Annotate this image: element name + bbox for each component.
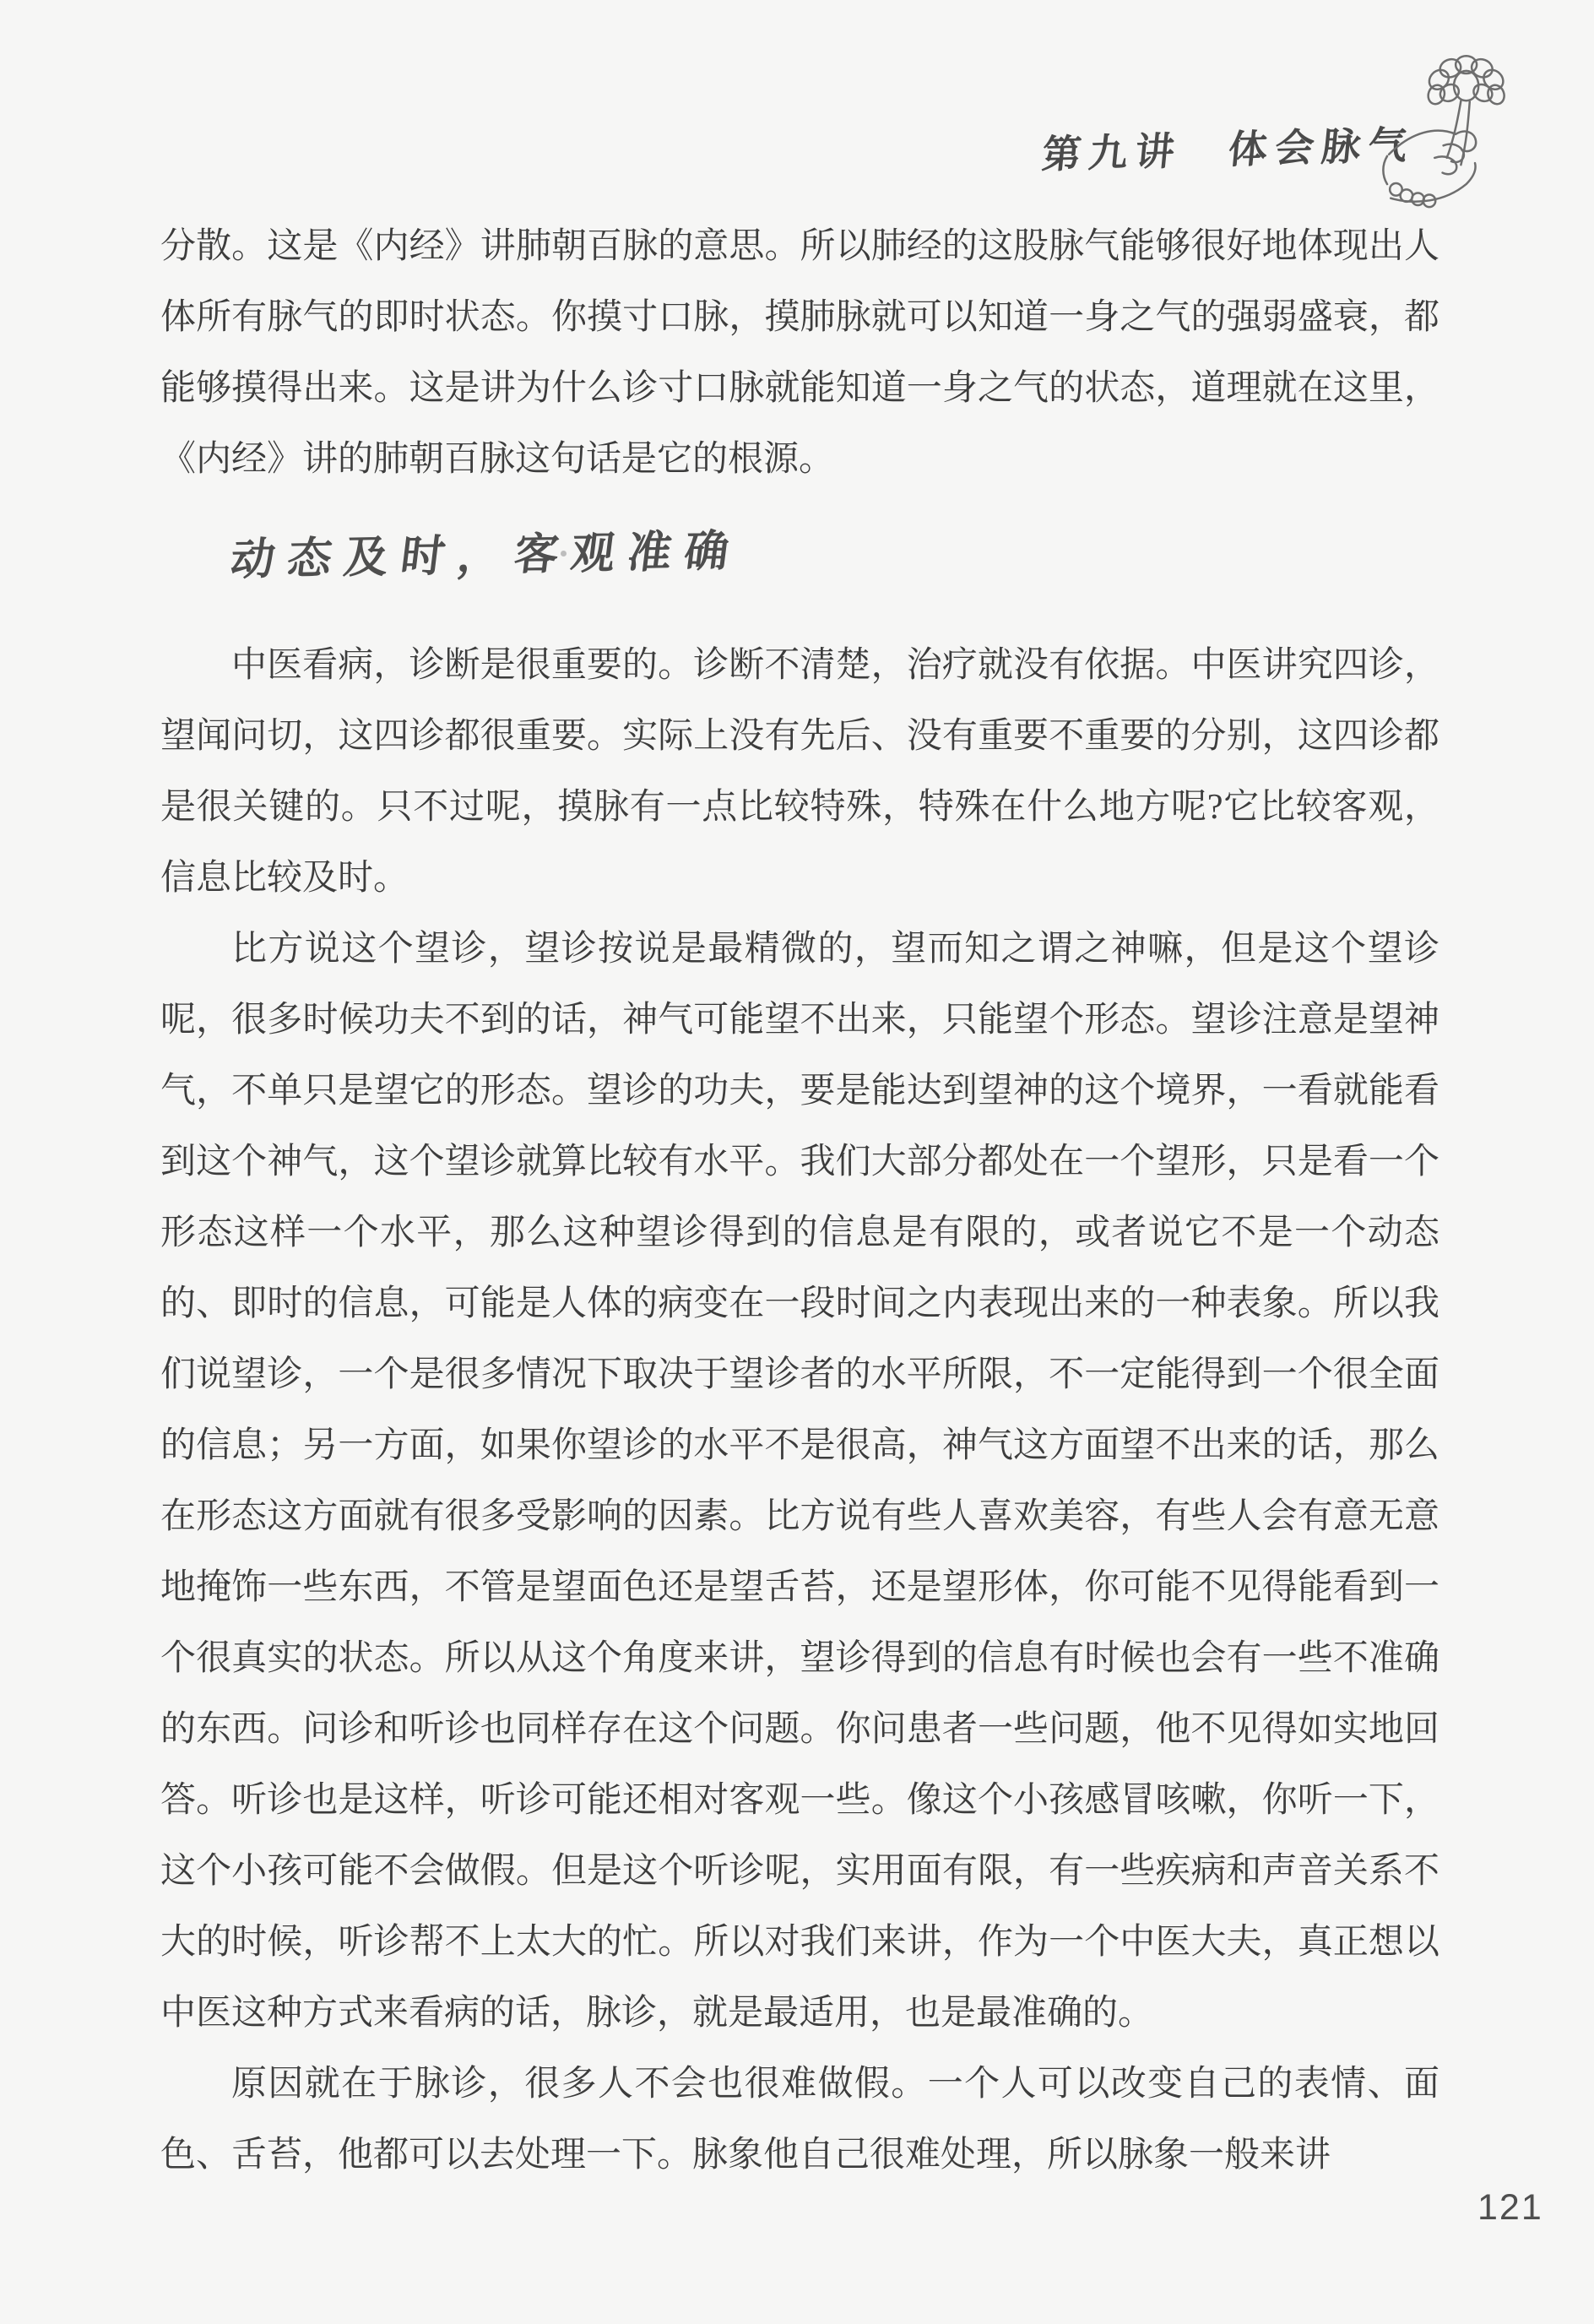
paragraph: 比方说这个望诊，望诊按说是最精微的，望而知之谓之神嘛，但是这个望诊呢，很多时候功…: [160, 914, 1439, 2049]
chapter-title-text: 第九讲 体会脉气: [1039, 120, 1417, 180]
section-heading: 动态及时，客观准确: [231, 517, 1439, 596]
hand-holding-lotus-illustration: [1380, 51, 1525, 226]
chapter-running-head: 第九讲 体会脉气: [1043, 125, 1414, 176]
section-heading-text: 动态及时，客观准确: [226, 513, 746, 601]
ink-speck: [561, 551, 567, 557]
paragraph: 中医看病，诊断是很重要的。诊断不清楚，治疗就没有依据。中医讲究四诊，望闻问切，这…: [160, 630, 1439, 914]
page-number: 121: [1477, 2187, 1543, 2229]
lotus-hand-drawing: [1380, 51, 1525, 226]
page-body: 分散。这是《内经》讲肺朝百脉的意思。所以肺经的这股脉气能够很好地体现出人体所有脉…: [160, 211, 1439, 2191]
paragraph: 原因就在于脉诊，很多人不会也很难做假。一个人可以改变自己的表情、面色、舌苔，他都…: [160, 2049, 1439, 2191]
paragraph: 分散。这是《内经》讲肺朝百脉的意思。所以肺经的这股脉气能够很好地体现出人体所有脉…: [160, 211, 1439, 495]
book-page: 第九讲 体会脉气: [0, 0, 1594, 2324]
